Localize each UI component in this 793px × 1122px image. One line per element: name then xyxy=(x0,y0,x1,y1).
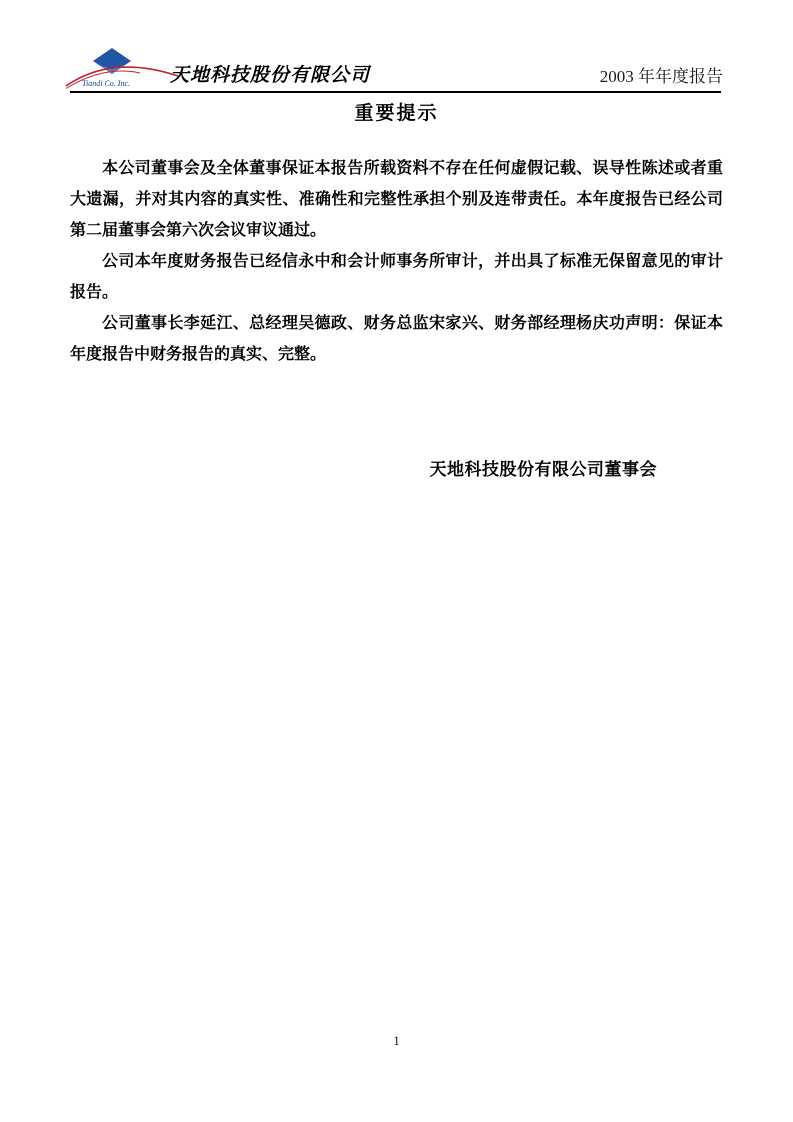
page-number: 1 xyxy=(393,1033,400,1048)
document-body: 重要提示 本公司董事会及全体董事保证本报告所载资料不存在任何虚假记载、误导性陈述… xyxy=(70,102,723,480)
paragraph-board-statement: 本公司董事会及全体董事保证本报告所载资料不存在任何虚假记载、误导性陈述或者重大遗… xyxy=(70,153,723,246)
paragraph-audit-statement: 公司本年度财务报告已经信永中和会计师事务所审计，并出具了标准无保留意见的审计报告… xyxy=(70,246,723,308)
report-year-label: 2003 年年度报告 xyxy=(600,62,723,87)
signature-line: 天地科技股份有限公司董事会 xyxy=(70,455,723,480)
page-footer: 1 xyxy=(0,1033,793,1049)
company-logo-icon: Tiandi Co. Inc. xyxy=(64,44,182,90)
logo-script-text: Tiandi Co. Inc. xyxy=(82,79,130,88)
page-title: 重要提示 xyxy=(70,102,723,126)
report-page: Tiandi Co. Inc. 天地科技股份有限公司 2003 年年度报告 重要… xyxy=(0,0,793,1122)
company-logo: Tiandi Co. Inc. xyxy=(64,44,182,90)
statement-paragraphs: 本公司董事会及全体董事保证本报告所载资料不存在任何虚假记载、误导性陈述或者重大遗… xyxy=(70,153,723,370)
header-rule xyxy=(70,91,721,93)
company-name: 天地科技股份有限公司 xyxy=(170,60,370,87)
paragraph-executives-statement: 公司董事长李延江、总经理吴德政、财务总监宋家兴、财务部经理杨庆功声明：保证本年度… xyxy=(70,308,723,370)
